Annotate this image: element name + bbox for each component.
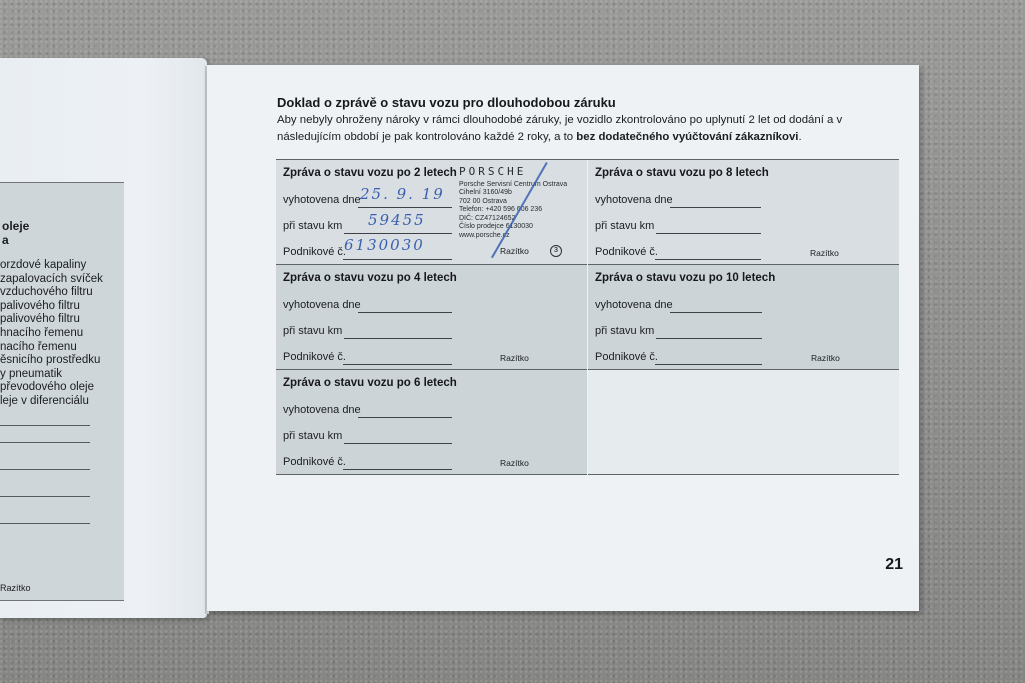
dealer-field[interactable] — [655, 364, 762, 365]
date-label: vyhotovena dne — [283, 404, 361, 416]
stamp-line: DIČ: CZ47124652 — [459, 215, 584, 224]
date-label: vyhotovena dne — [283, 299, 361, 311]
dealer-label: Podnikové č. — [283, 456, 346, 468]
km-field[interactable] — [656, 233, 761, 234]
intro-end: . — [798, 131, 801, 143]
report-grid: Zpráva o stavu vozu po 2 letech vyhotove… — [276, 159, 899, 480]
blank-line — [0, 523, 90, 524]
date-handwritten: 25. 9. 19 — [360, 185, 445, 203]
km-field[interactable] — [344, 443, 452, 444]
list-item: zapalovacích svíček — [0, 273, 103, 287]
date-field[interactable] — [358, 207, 452, 208]
report-title: Zpráva o stavu vozu po 10 letech — [595, 272, 775, 284]
list-item: leje v diferenciálu — [0, 395, 103, 409]
list-item: orzdové kapaliny — [0, 259, 103, 273]
stamp-line: Cihelní 3160/49b — [459, 189, 584, 198]
stamp-label: Razítko — [500, 458, 529, 468]
date-label: vyhotovena dne — [283, 194, 361, 206]
right-page: Doklad o zprávě o stavu vozu pro dlouhod… — [207, 65, 919, 611]
report-title: Zpráva o stavu vozu po 4 letech — [283, 272, 457, 284]
stamp-label: Razítko — [0, 583, 31, 593]
dealer-field[interactable] — [343, 259, 452, 260]
blank-line — [0, 496, 90, 497]
stamp-line: www.porsche.cz — [459, 232, 584, 241]
list-item: palivového filtru — [0, 313, 103, 327]
dealer-label: Podnikové č. — [595, 351, 658, 363]
km-label: při stavu km — [595, 325, 654, 337]
dealer-field[interactable] — [343, 364, 452, 365]
stamp-line: Porsche Servisní Centrum Ostrava — [459, 181, 584, 190]
km-label: při stavu km — [595, 220, 654, 232]
report-box-10-years: Zpráva o stavu vozu po 10 letech vyhotov… — [588, 265, 899, 370]
dealer-label: Podnikové č. — [283, 246, 346, 258]
porsche-logo: PORSCHE — [459, 168, 584, 177]
dealer-label: Podnikové č. — [283, 351, 346, 363]
circled-number-icon: 3 — [550, 245, 562, 257]
list-item: ěsnicího prostředku — [0, 354, 103, 368]
km-field[interactable] — [656, 338, 762, 339]
left-heading: oleje a — [2, 219, 29, 247]
left-service-panel: oleje a orzdové kapaliny zapalovacích sv… — [0, 182, 124, 601]
left-heading-line: oleje — [2, 219, 29, 233]
page-title: Doklad o zprávě o stavu vozu pro dlouhod… — [277, 95, 616, 110]
km-field[interactable] — [344, 338, 452, 339]
km-label: při stavu km — [283, 325, 342, 337]
list-item: vzduchového filtru — [0, 286, 103, 300]
report-box-2-years: Zpráva o stavu vozu po 2 letech vyhotove… — [276, 160, 587, 265]
dealer-field[interactable] — [343, 469, 452, 470]
blank-line — [0, 469, 90, 470]
intro-bold-text: bez dodatečného vyúčtování zákazníkovi — [576, 131, 798, 143]
list-item: y pneumatik — [0, 368, 103, 382]
report-title: Zpráva o stavu vozu po 8 letech — [595, 167, 769, 179]
stamp-label: Razítko — [500, 353, 529, 363]
list-item: hnacího řemenu — [0, 327, 103, 341]
page-number: 21 — [885, 556, 903, 574]
dealer-label: Podnikové č. — [595, 246, 658, 258]
date-field[interactable] — [670, 312, 762, 313]
report-title: Zpráva o stavu vozu po 6 letech — [283, 377, 457, 389]
list-item: palivového filtru — [0, 300, 103, 314]
stamp-line: Číslo prodejce 6130030 — [459, 223, 584, 232]
report-box-8-years: Zpráva o stavu vozu po 8 letech vyhotove… — [588, 160, 899, 265]
left-service-list: orzdové kapaliny zapalovacích svíček vzd… — [0, 259, 103, 409]
stamp-label: Razítko — [810, 248, 839, 258]
left-heading-line: a — [2, 233, 29, 247]
report-box-6-years: Zpráva o stavu vozu po 6 letech vyhotove… — [276, 370, 587, 475]
blank-line — [0, 425, 90, 426]
date-field[interactable] — [670, 207, 761, 208]
date-field[interactable] — [358, 312, 452, 313]
empty-area — [588, 370, 899, 475]
km-label: při stavu km — [283, 430, 342, 442]
list-item: nacího řemenu — [0, 341, 103, 355]
km-handwritten: 59455 — [368, 211, 426, 229]
km-field[interactable] — [344, 233, 452, 234]
km-label: při stavu km — [283, 220, 342, 232]
stamp-label: Razítko — [500, 246, 529, 256]
dealer-handwritten: 6130030 — [344, 236, 425, 254]
list-item: převodového oleje — [0, 381, 103, 395]
dealer-field[interactable] — [655, 259, 761, 260]
date-label: vyhotovena dne — [595, 194, 673, 206]
intro-paragraph: Aby nebyly ohroženy nároky v rámci dlouh… — [277, 112, 897, 146]
date-label: vyhotovena dne — [595, 299, 673, 311]
date-field[interactable] — [358, 417, 452, 418]
left-page: oleje a orzdové kapaliny zapalovacích sv… — [0, 58, 207, 618]
stamp-label: Razítko — [811, 353, 840, 363]
report-box-4-years: Zpráva o stavu vozu po 4 letech vyhotove… — [276, 265, 587, 370]
report-title: Zpráva o stavu vozu po 2 letech — [283, 167, 457, 179]
blank-line — [0, 442, 90, 443]
